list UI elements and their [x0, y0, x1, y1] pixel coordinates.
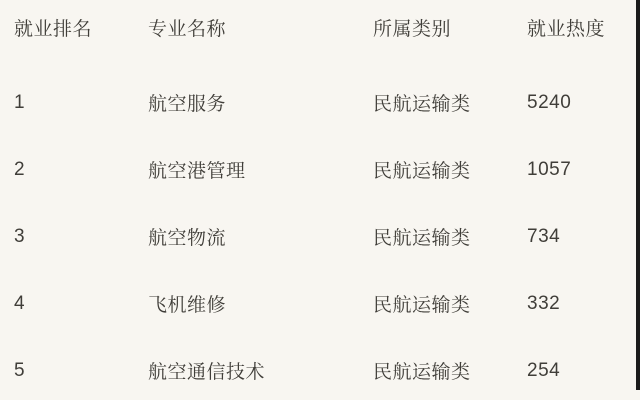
- category-value: 民航运输类: [373, 89, 527, 116]
- heat-value: 332: [527, 293, 640, 315]
- rank-value: 2: [14, 159, 148, 181]
- major-value: 飞机维修: [148, 290, 373, 317]
- column-header-major: 专业名称: [148, 14, 373, 41]
- heat-value: 5240: [527, 92, 640, 114]
- rank-value: 5: [14, 360, 148, 382]
- heat-value: 734: [527, 226, 640, 248]
- table-row: 2 航空港管理 民航运输类 1057: [0, 136, 640, 203]
- column-header-category: 所属类别: [373, 14, 527, 41]
- rank-value: 4: [14, 293, 148, 315]
- table-row: 1 航空服务 民航运输类 5240: [0, 69, 640, 136]
- column-header-rank: 就业排名: [14, 14, 148, 41]
- category-value: 民航运输类: [373, 156, 527, 183]
- table-page: 就业排名 专业名称 所属类别 就业热度 1 航空服务 民航运输类 5240 2 …: [0, 0, 640, 400]
- heat-value: 254: [527, 360, 640, 382]
- rank-value: 1: [14, 92, 148, 114]
- rank-value: 3: [14, 226, 148, 248]
- employment-ranking-table: 就业排名 专业名称 所属类别 就业热度 1 航空服务 民航运输类 5240 2 …: [0, 0, 640, 400]
- major-value: 航空物流: [148, 223, 373, 250]
- table-row: 5 航空通信技术 民航运输类 254: [0, 337, 640, 400]
- table-row: 3 航空物流 民航运输类 734: [0, 203, 640, 270]
- major-value: 航空港管理: [148, 156, 373, 183]
- major-value: 航空服务: [148, 89, 373, 116]
- category-value: 民航运输类: [373, 290, 527, 317]
- major-value: 航空通信技术: [148, 357, 373, 384]
- category-value: 民航运输类: [373, 357, 527, 384]
- right-edge-divider: [636, 0, 640, 390]
- table-row: 4 飞机维修 民航运输类 332: [0, 270, 640, 337]
- category-value: 民航运输类: [373, 223, 527, 250]
- heat-value: 1057: [527, 159, 640, 181]
- table-header-row: 就业排名 专业名称 所属类别 就业热度: [0, 0, 640, 54]
- column-header-heat: 就业热度: [527, 14, 640, 41]
